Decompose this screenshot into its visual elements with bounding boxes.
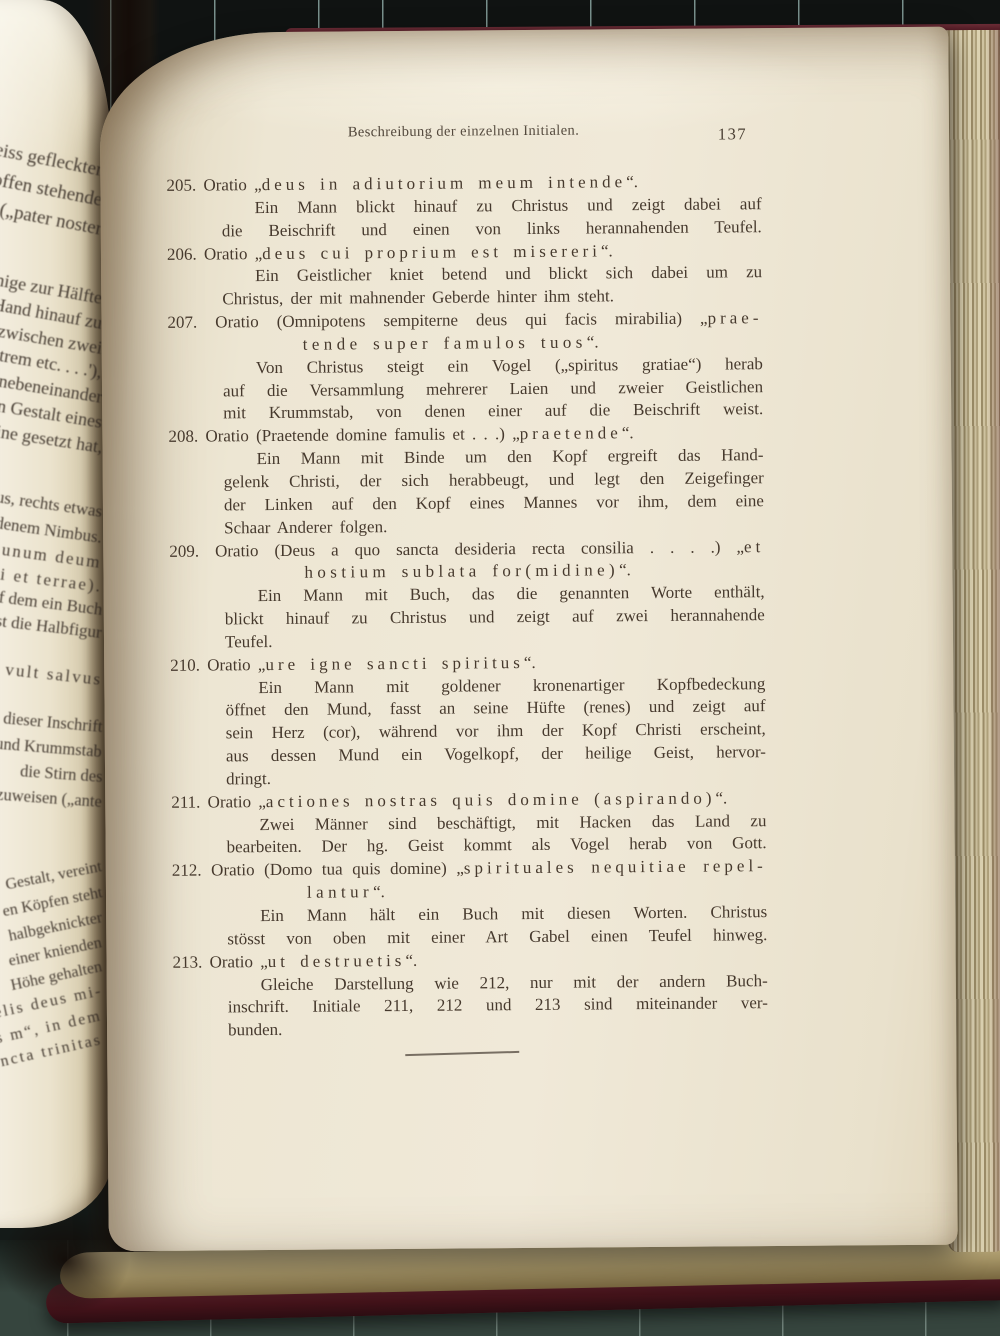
- text-block: 205. Oratio „deus in adiutorium meum int…: [166, 170, 768, 1043]
- entry-text-line: Von Christus steigt ein Vogel („spiritus…: [256, 353, 763, 380]
- book-photo: d weiss geflecktert offen stehendetes („…: [0, 0, 1000, 1336]
- entry-text-line: die Beischrift und einen von links heran…: [222, 216, 762, 243]
- entry-text-line: inschrift. Initiale 211, 212 und 213 sin…: [228, 993, 768, 1020]
- book-page: Beschreibung der einzelnen Initialen. 13…: [99, 27, 958, 1252]
- entry-text-line: stösst von oben mit einer Art Gabel eine…: [227, 924, 767, 951]
- page-number: 137: [718, 124, 747, 144]
- entry-text-line: der Linken auf den Kopf eines Mannes vor…: [224, 490, 764, 517]
- running-header: Beschreibung der einzelnen Initialen. 13…: [166, 121, 761, 143]
- entry-heading-line: 207. Oratio (Omnipotens sempiterne deus …: [167, 307, 762, 335]
- header-title: Beschreibung der einzelnen Initialen.: [166, 121, 761, 143]
- entry-text-line: blickt hinauf zu Christus und zeigt auf …: [225, 604, 765, 631]
- entry-text-line: mit Krummstab, von denen einer auf die B…: [223, 399, 763, 426]
- entry-text-line: aus dessen Mund ein Vogelkopf, der heili…: [226, 741, 766, 768]
- entry-text-line: Ein Geistlicher kniet betend und blickt …: [255, 262, 762, 289]
- section-divider: [405, 1051, 519, 1056]
- entry-heading-line: 212. Oratio (Domo tua quis domine) „spir…: [172, 855, 767, 883]
